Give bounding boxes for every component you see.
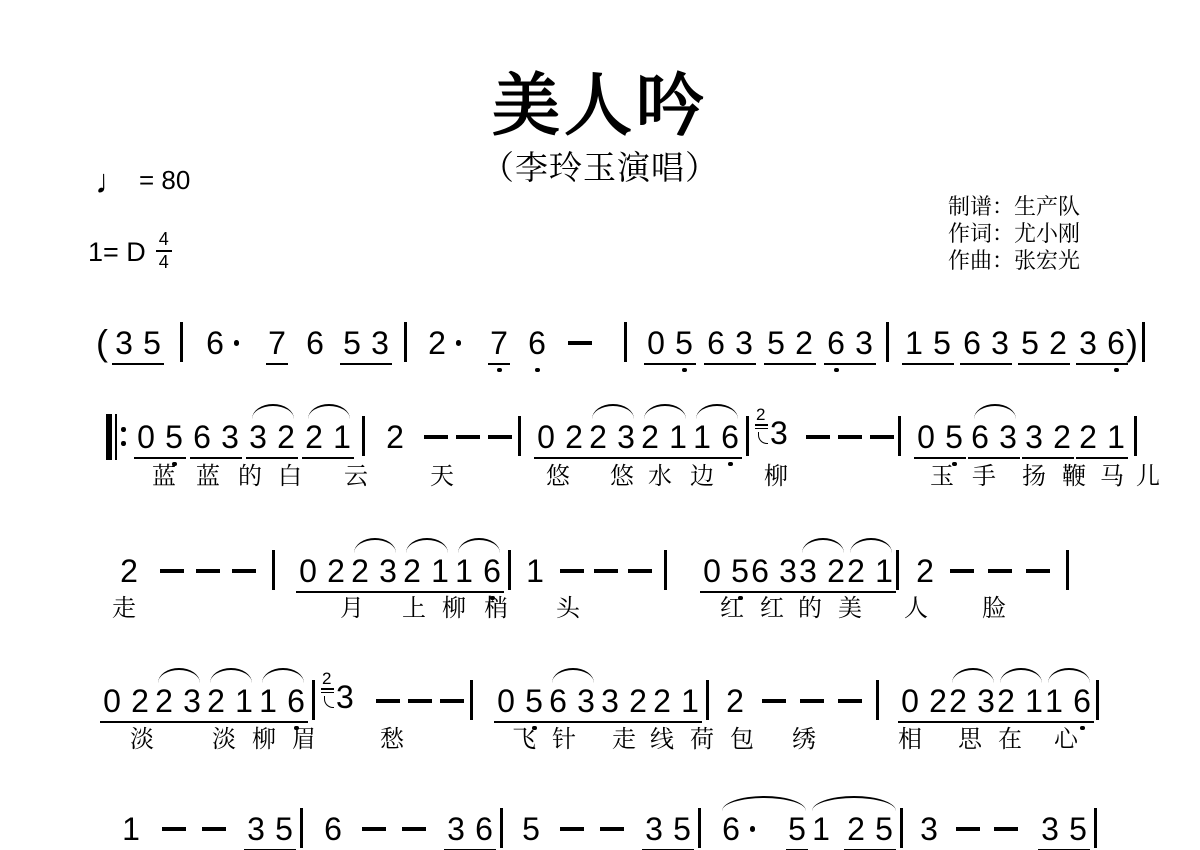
note-digit: 2 [1047, 326, 1069, 360]
note: 2 [426, 326, 448, 360]
lyric-char: 走 [112, 596, 136, 622]
low-octave-dot [497, 368, 502, 373]
eighth-underline [452, 591, 504, 594]
barline [1066, 550, 1069, 590]
low-octave-dot [682, 368, 687, 373]
eighth-underline [586, 457, 638, 460]
duration-dash [1026, 569, 1050, 573]
note: 2 [914, 554, 936, 588]
barline [898, 416, 901, 456]
note-digit: 3 [733, 326, 755, 360]
beamed-note-pair: 63 [704, 326, 756, 360]
slur-tie-arc [952, 668, 994, 683]
note-digit: 5 [163, 420, 185, 454]
eighth-underline [204, 721, 256, 724]
eighth-underline [902, 363, 954, 366]
duration-dash [424, 435, 448, 439]
note-digit: 0 [135, 420, 157, 454]
duration-dash [988, 569, 1012, 573]
eighth-underline [256, 721, 308, 724]
duration-dash [560, 827, 584, 831]
tempo-marking: ♩= 80 [95, 163, 190, 202]
note-digit: 2 [349, 554, 371, 588]
lyric-char: 红 [760, 596, 784, 622]
lyric-char: 的 [238, 464, 262, 490]
note-digit: 3 [575, 684, 597, 718]
note-digit: 2 [426, 326, 448, 360]
beamed-note-pair: 32 [1022, 420, 1074, 454]
time-signature: 44 [156, 230, 172, 272]
duration-dash [838, 435, 862, 439]
note-digit: 2 [845, 554, 867, 588]
duration-dash [762, 699, 786, 703]
lyric-char: 线 [650, 727, 674, 753]
grace-underline [755, 424, 768, 426]
lyric-char: 的 [798, 596, 822, 622]
eighth-underline [968, 457, 1020, 460]
lyric-char: 思 [958, 727, 982, 753]
note-digit: 1 [679, 684, 701, 718]
beamed-note-pair: 21 [994, 684, 1046, 718]
note-digit: 3 [989, 326, 1011, 360]
note-digit: 3 [247, 420, 269, 454]
eighth-underline [644, 363, 696, 366]
note-digit: 3 [245, 812, 267, 846]
grace-hook [758, 432, 768, 444]
repeat-dot [121, 427, 126, 432]
lyric-char: 人 [904, 596, 928, 622]
note: 2 [118, 554, 140, 588]
eighth-underline [340, 363, 392, 366]
grace-digit: 2 [322, 670, 331, 687]
duration-dash [202, 827, 226, 831]
sheet-music-page: 美人吟 （李玲玉演唱） ♩= 80 1= D44 制谱：生产队 作词：尤小刚 作… [0, 0, 1200, 850]
duration-dash [594, 569, 618, 573]
note-digit: 6 [961, 326, 983, 360]
augmentation-dot [750, 826, 756, 832]
lyric-char: 绣 [792, 727, 816, 753]
beamed-note-pair: 63 [748, 554, 800, 588]
low-octave-dot [535, 368, 540, 373]
note-digit: 0 [645, 326, 667, 360]
grace-hook [324, 696, 334, 708]
note-digit: 1 [429, 554, 451, 588]
credits-block: 制谱：生产队 作词：尤小刚 作曲：张宏光 [948, 193, 1080, 274]
note-digit: 5 [341, 326, 363, 360]
barline [272, 550, 275, 590]
beamed-note-pair: 05 [700, 554, 752, 588]
barline [1134, 416, 1137, 456]
barline [500, 808, 503, 848]
barline [362, 416, 365, 456]
eighth-underline [152, 721, 204, 724]
note: 1 [810, 812, 832, 846]
slur-tie-arc [252, 404, 294, 419]
note-digit: 5 [765, 326, 787, 360]
eighth-underline [112, 363, 164, 366]
note-digit: 1 [233, 684, 255, 718]
note-digit: 3 [918, 812, 940, 846]
note-digit: 3 [219, 420, 241, 454]
note-digit: 0 [101, 684, 123, 718]
beamed-note-pair: 21 [302, 420, 354, 454]
beamed-note-pair: 21 [400, 554, 452, 588]
note-digit: 2 [325, 554, 347, 588]
note-digit: 5 [1067, 812, 1089, 846]
note-digit: 6 [285, 684, 307, 718]
note-digit: 6 [473, 812, 495, 846]
duration-dash [456, 435, 480, 439]
slur-tie-arc [158, 668, 200, 683]
note-digit: 0 [535, 420, 557, 454]
barline [900, 808, 903, 848]
note: 7 [266, 326, 288, 360]
beamed-note-pair: 63 [960, 326, 1012, 360]
note: 7 [488, 326, 510, 360]
note-digit: 3 [445, 812, 467, 846]
beamed-note-pair: 53 [340, 326, 392, 360]
slur-tie-arc [406, 538, 448, 553]
barline [470, 680, 473, 720]
note-digit: 3 [1039, 812, 1061, 846]
note-digit: 1 [257, 684, 279, 718]
barline [886, 322, 889, 362]
note-digit: 3 [997, 420, 1019, 454]
note-digit: 3 [181, 684, 203, 718]
duration-dash [600, 827, 624, 831]
barline [180, 322, 183, 362]
beamed-note-pair: 16 [1042, 684, 1094, 718]
note-digit: 2 [129, 684, 151, 718]
eighth-underline [134, 457, 186, 460]
lyric-char: 脸 [982, 596, 1006, 622]
barline [508, 550, 511, 590]
note-digit: 1 [1043, 684, 1065, 718]
beamed-note-pair: 21 [1076, 420, 1128, 454]
close-paren: ) [1126, 324, 1138, 362]
low-octave-dot [1114, 368, 1119, 373]
note: 1 [524, 554, 546, 588]
lyric-char: 包 [730, 727, 754, 753]
lyric-char: 天 [430, 464, 454, 490]
beamed-note-pair: 23 [946, 684, 998, 718]
beamed-note-pair: 02 [534, 420, 586, 454]
lyric-char: 扬 [1022, 464, 1046, 490]
eighth-underline [704, 363, 756, 366]
repeat-start-sign [106, 414, 130, 460]
slur-tie-arc [1048, 668, 1090, 683]
eighth-underline [700, 591, 752, 594]
beamed-note-pair: 05 [644, 326, 696, 360]
note-digit: 6 [547, 684, 569, 718]
beamed-note-pair: 05 [914, 420, 966, 454]
eighth-underline [690, 457, 742, 460]
eighth-underline [1076, 363, 1128, 366]
note-digit: 6 [191, 420, 213, 454]
beamed-note-pair: 16 [690, 420, 742, 454]
note-digit: 2 [639, 420, 661, 454]
lyric-char: 柳 [764, 464, 788, 490]
eighth-underline [824, 363, 876, 366]
lyric-char: 红 [720, 596, 744, 622]
low-octave-dot [834, 368, 839, 373]
note-digit: 0 [899, 684, 921, 718]
eighth-underline [748, 591, 800, 594]
note-digit: 6 [705, 326, 727, 360]
note-digit: 6 [825, 326, 847, 360]
note-digit: 1 [691, 420, 713, 454]
note-digit: 2 [947, 684, 969, 718]
key-tonic: 1= D [88, 237, 146, 267]
grace-note: 23 [322, 674, 374, 726]
duration-dash [568, 341, 592, 345]
note-digit: 2 [724, 684, 746, 718]
eighth-underline [1022, 457, 1074, 460]
note-digit: 5 [523, 684, 545, 718]
key-signature: 1= D44 [88, 236, 172, 272]
slur-tie-arc [308, 404, 350, 419]
note-digit: 2 [205, 684, 227, 718]
beamed-note-pair: 02 [100, 684, 152, 718]
time-signature-numerator: 4 [156, 230, 172, 252]
slur-tie-arc [354, 538, 396, 553]
slur-tie-arc [592, 404, 634, 419]
note-digit: 1 [524, 554, 546, 588]
lyric-char: 心 [1054, 727, 1078, 753]
note-digit: 2 [303, 420, 325, 454]
duration-dash [362, 827, 386, 831]
duration-dash [376, 699, 400, 703]
beamed-note-pair: 32 [598, 684, 650, 718]
note-digit: 3 [1077, 326, 1099, 360]
note-digit: 6 [204, 326, 226, 360]
note-digit: 3 [797, 554, 819, 588]
open-paren: ( [96, 324, 108, 362]
lyric-char: 柳 [442, 596, 466, 622]
note-digit: 1 [1105, 420, 1127, 454]
note-digit: 6 [1105, 326, 1127, 360]
note-digit: 3 [1023, 420, 1045, 454]
slur-tie-arc [812, 796, 896, 811]
slur-tie-arc [974, 404, 1016, 419]
note-digit: 5 [141, 326, 163, 360]
note-digit: 1 [667, 420, 689, 454]
eighth-underline [348, 591, 400, 594]
note-digit: 2 [793, 326, 815, 360]
note-digit: 0 [701, 554, 723, 588]
lyric-char: 儿 [1136, 464, 1160, 490]
slur-tie-arc [802, 538, 844, 553]
slur-tie-arc [210, 668, 252, 683]
eighth-underline [844, 591, 896, 594]
beamed-note-pair: 15 [902, 326, 954, 360]
note-digit: 2 [651, 684, 673, 718]
eighth-underline [302, 457, 354, 460]
note-digit: 3 [599, 684, 621, 718]
eighth-underline [1042, 721, 1094, 724]
quarter-note-icon: ♩ [95, 163, 129, 201]
beamed-note-pair: 63 [824, 326, 876, 360]
lyric-char: 淡 [212, 727, 236, 753]
note-digit: 5 [520, 812, 542, 846]
beamed-note-pair: 35 [112, 326, 164, 360]
beamed-note-pair: 05 [494, 684, 546, 718]
lyric-char: 头 [556, 596, 580, 622]
lyric-char: 针 [552, 727, 576, 753]
barline [706, 680, 709, 720]
note-digit: 3 [853, 326, 875, 360]
note-digit: 5 [671, 812, 693, 846]
grace-underline [755, 428, 768, 430]
note-digit: 0 [915, 420, 937, 454]
eighth-underline [488, 363, 510, 366]
duration-dash [950, 569, 974, 573]
slur-tie-arc [644, 404, 686, 419]
duration-dash [408, 699, 432, 703]
augmentation-dot [234, 340, 240, 346]
beamed-note-pair: 21 [844, 554, 896, 588]
eighth-underline [638, 457, 690, 460]
eighth-underline [400, 591, 452, 594]
note-digit: 1 [331, 420, 353, 454]
note-digit: 2 [384, 420, 406, 454]
note: 6 [304, 326, 326, 360]
eighth-underline [296, 591, 348, 594]
repeat-thin-bar [115, 414, 117, 460]
lyric-char: 淡 [130, 727, 154, 753]
beamed-note-pair: 36 [1076, 326, 1128, 360]
eighth-underline [960, 363, 1012, 366]
note-digit: 2 [914, 554, 936, 588]
lyric-char: 美 [838, 596, 862, 622]
credit-lyricist: 作词：尤小刚 [948, 220, 1080, 247]
note-digit: 2 [563, 420, 585, 454]
beamed-note-pair: 63 [190, 420, 242, 454]
eighth-underline [914, 457, 966, 460]
eighth-underline [994, 721, 1046, 724]
repeat-dot [121, 441, 126, 446]
low-octave-dot [728, 462, 733, 467]
note-digit: 2 [153, 684, 175, 718]
tempo-value: = 80 [139, 165, 190, 195]
note-digit: 2 [401, 554, 423, 588]
note-digit: 6 [304, 326, 326, 360]
beamed-note-pair: 05 [134, 420, 186, 454]
eighth-underline [100, 721, 152, 724]
beamed-note-pair: 36 [444, 812, 496, 846]
barline [624, 322, 627, 362]
grace-note: 23 [756, 410, 808, 462]
beamed-note-pair: 21 [638, 420, 690, 454]
barline [312, 680, 315, 720]
note-digit: 3 [615, 420, 637, 454]
note-digit: 2 [118, 554, 140, 588]
eighth-underline [764, 363, 816, 366]
barline [1096, 680, 1099, 720]
eighth-underline [246, 457, 298, 460]
credit-composer: 作曲：张宏光 [948, 247, 1080, 274]
slur-tie-arc [850, 538, 892, 553]
slur-tie-arc [1000, 668, 1042, 683]
beamed-note-pair: 35 [1038, 812, 1090, 846]
slur-tie-arc [262, 668, 304, 683]
lyric-char: 愁 [380, 727, 404, 753]
note-digit: 3 [113, 326, 135, 360]
lyric-char: 眉 [292, 727, 316, 753]
beamed-note-pair: 23 [152, 684, 204, 718]
lyric-char: 白 [278, 464, 302, 490]
eighth-underline [190, 457, 242, 460]
note: 6 [322, 812, 344, 846]
note: 1 [120, 812, 142, 846]
duration-dash [560, 569, 584, 573]
duration-dash [870, 435, 894, 439]
note-digit: 5 [943, 420, 965, 454]
note-digit: 5 [1019, 326, 1041, 360]
barline [1142, 322, 1145, 362]
lyric-char: 柳 [252, 727, 276, 753]
note-digit: 2 [587, 420, 609, 454]
note-digit: 6 [481, 554, 503, 588]
grace-underline [321, 692, 334, 694]
lyric-char: 水 [648, 464, 672, 490]
note: 5 [520, 812, 542, 846]
lyric-char: 在 [998, 727, 1022, 753]
barline [664, 550, 667, 590]
eighth-underline [898, 721, 950, 724]
note: 6 [204, 326, 226, 360]
lyric-char: 云 [344, 464, 368, 490]
eighth-underline [946, 721, 998, 724]
beamed-note-pair: 32 [246, 420, 298, 454]
duration-dash [232, 569, 256, 573]
barline [896, 550, 899, 590]
note-digit: 2 [845, 812, 867, 846]
note-digit: 6 [969, 420, 991, 454]
lyric-char: 飞 [512, 727, 536, 753]
beamed-note-pair: 21 [204, 684, 256, 718]
note-digit: 6 [322, 812, 344, 846]
note-digit: 2 [275, 420, 297, 454]
beamed-note-pair: 21 [650, 684, 702, 718]
beamed-note-pair: 35 [642, 812, 694, 846]
beamed-note-pair: 02 [898, 684, 950, 718]
note-digit: 1 [810, 812, 832, 846]
eighth-underline [546, 721, 598, 724]
note-digit: 5 [931, 326, 953, 360]
duration-dash [440, 699, 464, 703]
note-digit: 5 [673, 326, 695, 360]
duration-dash [956, 827, 980, 831]
duration-dash [488, 435, 512, 439]
note-digit: 6 [526, 326, 548, 360]
duration-dash [806, 435, 830, 439]
eighth-underline [494, 721, 546, 724]
lyric-char: 走 [612, 727, 636, 753]
note: 2 [384, 420, 406, 454]
duration-dash [838, 699, 862, 703]
note-digit: 5 [273, 812, 295, 846]
beamed-note-pair: 02 [296, 554, 348, 588]
barline [746, 416, 749, 456]
beamed-note-pair: 23 [348, 554, 400, 588]
duration-dash [160, 569, 184, 573]
eighth-underline [266, 363, 288, 366]
beamed-note-pair: 35 [244, 812, 296, 846]
eighth-underline [650, 721, 702, 724]
beamed-note-pair: 16 [256, 684, 308, 718]
note-digit: 5 [873, 812, 895, 846]
